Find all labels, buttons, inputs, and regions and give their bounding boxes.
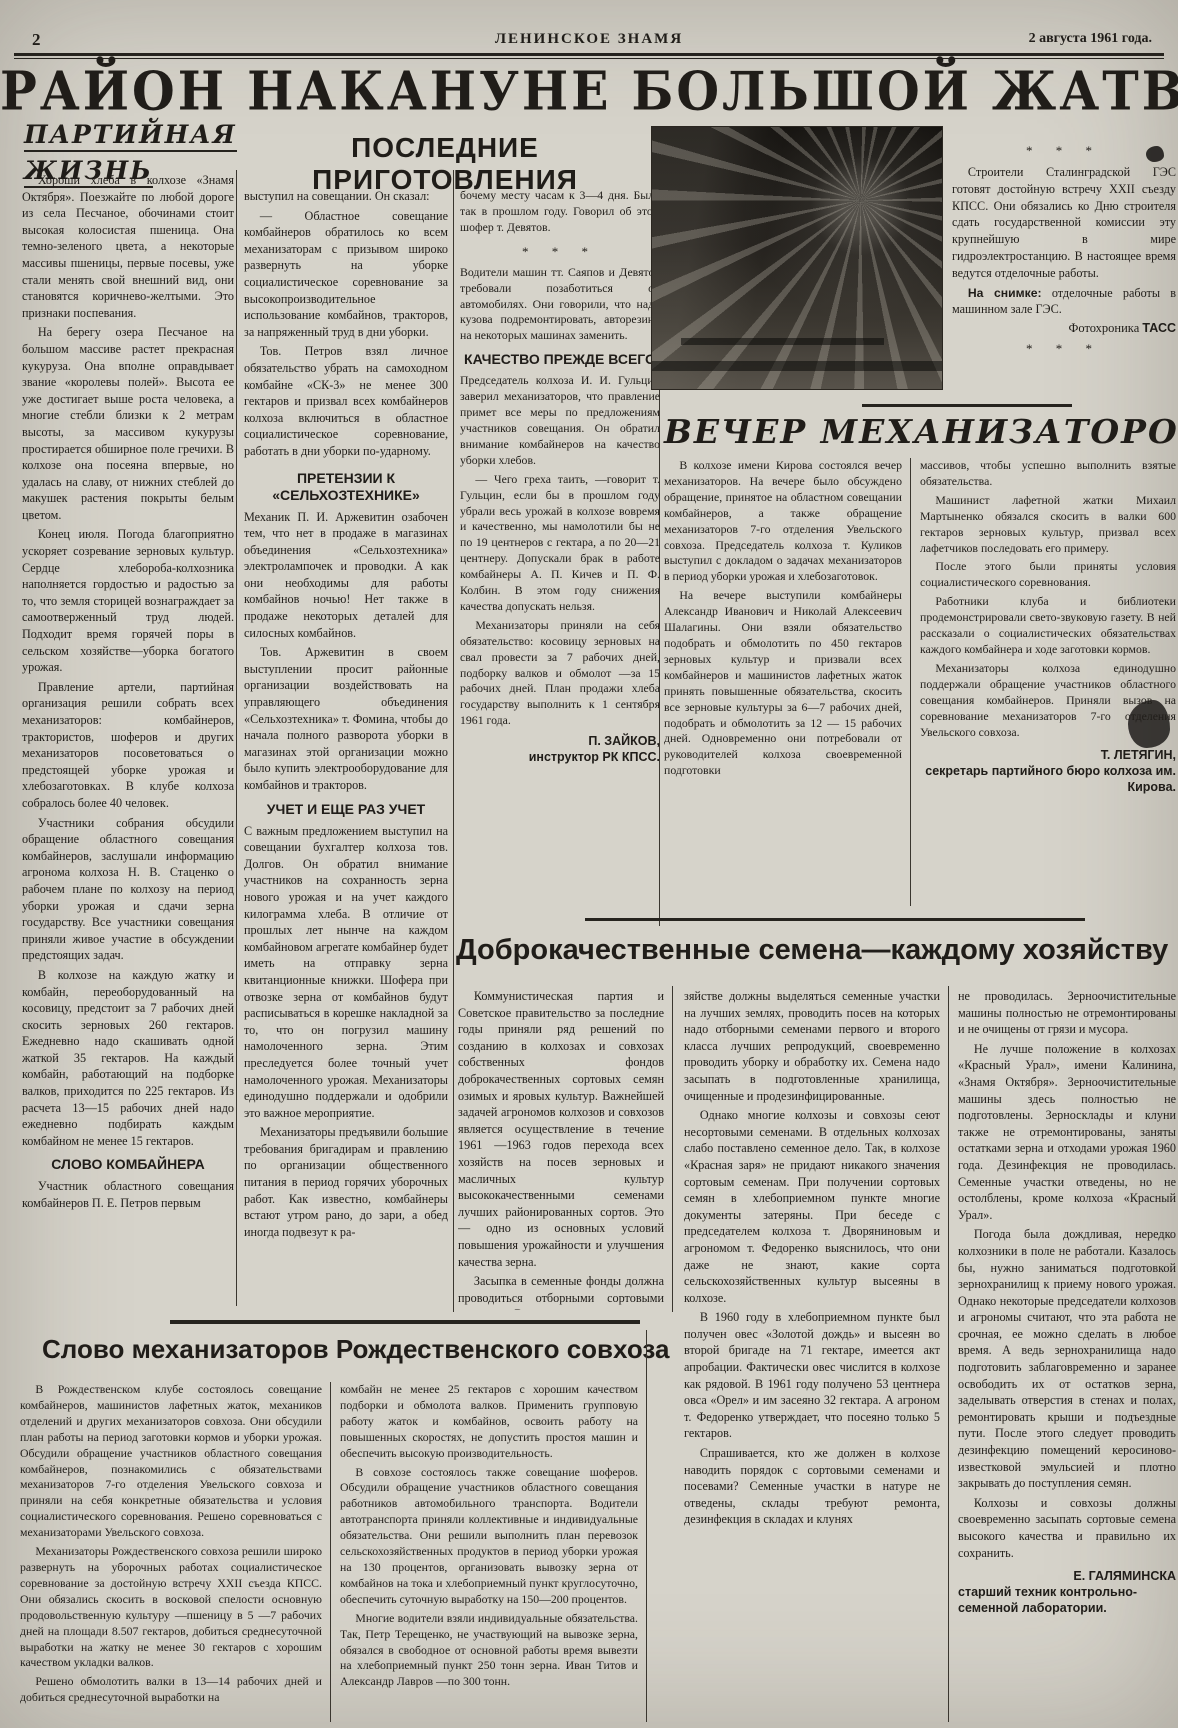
vecher-signature: Т. ЛЕТЯГИН, секретарь партийного бюро ко…	[920, 747, 1176, 795]
paragraph: Тов. Аржевитин в своем выступлении проси…	[244, 644, 448, 793]
semena-col1-paragraphs: Коммунистическая партия и Советское прав…	[458, 988, 664, 1310]
vecher-col1-paragraphs: В колхозе имени Кирова состоялся вечер м…	[664, 458, 902, 779]
article1-column-3: бочему месту часам к 3—4 дня. Было так в…	[460, 188, 660, 930]
paragraph: Участники собрания обсудили обращение об…	[22, 815, 234, 964]
semena-column-2: зяйстве должны выделяться семенные участ…	[684, 988, 940, 1724]
article1-subhead-slovo-kombainera: СЛОВО КОМБАЙНЕРА	[22, 1156, 234, 1173]
signature-role: инструктор РК КПСС.	[460, 749, 660, 765]
paragraph: Работники клуба и библиотеки продемонстр…	[920, 594, 1176, 658]
paragraph: Засыпка в семенные фонды должна проводит…	[458, 1273, 664, 1310]
article1-signature: П. ЗАЙКОВ, инструктор РК КПСС.	[460, 733, 660, 765]
paragraph: После этого были приняты условия социали…	[920, 559, 1176, 591]
paragraph: Конец июля. Погода благоприятно ускоряет…	[22, 526, 234, 675]
paragraph: Механизаторы приняли на себя обязательст…	[460, 618, 660, 729]
photo-machinery-detail	[652, 361, 942, 371]
paragraph: Спрашивается, кто же должен в колхозе на…	[684, 1445, 940, 1528]
paragraph: Машинист лафетной жатки Михаил Мартыненк…	[920, 493, 1176, 557]
column-rule	[672, 986, 673, 1312]
semena-col3-paragraphs: не проводилась. Зерноочистительные машин…	[958, 988, 1176, 1564]
article1-subhead-kachestvo: КАЧЕСТВО ПРЕЖДЕ ВСЕГО	[460, 351, 660, 368]
slovo-title: Слово механизаторов Рождественского совх…	[42, 1334, 642, 1365]
signature-name: Т. ЛЕТЯГИН,	[920, 747, 1176, 763]
paragraph: На вечере выступили комбайнеры Александр…	[664, 588, 902, 779]
paragraph: Механизаторы Рождественского совхоза реш…	[20, 1544, 322, 1671]
article1-col3b-paragraphs: Водители машин тт. Саяпов и Девятов треб…	[460, 265, 660, 345]
photo-caption-column: * * * Строители Сталинградской ГЭС готов…	[952, 138, 1176, 362]
article1-col2c-paragraphs: С важным предложением выступил на совеща…	[244, 823, 448, 1241]
stars-separator: * * *	[952, 341, 1176, 357]
article1-column-1: Хороши хлеба в колхозе «Знамя Октября». …	[22, 172, 234, 1304]
article1-title: ПОСЛЕДНИЕ ПРИГОТОВЛЕНИЯ	[238, 132, 652, 196]
semena-col2-paragraphs: зяйстве должны выделяться семенные участ…	[684, 988, 940, 1531]
paragraph: комбайн не менее 25 гектаров с хорошим к…	[340, 1382, 638, 1462]
slovo-col2-paragraphs: комбайн не менее 25 гектаров с хорошим к…	[340, 1382, 638, 1693]
paragraph: Председатель колхоза И. И. Гульцин завер…	[460, 373, 660, 468]
dateline: 2 августа 1961 года.	[852, 31, 1152, 47]
paragraph: Правление артели, партийная организация …	[22, 679, 234, 812]
paragraph: Механик П. И. Аржевитин озабочен тем, чт…	[244, 509, 448, 642]
paragraph: Решено обмолотить валки в 13—14 рабочих …	[20, 1674, 322, 1706]
section-rule	[170, 1320, 640, 1324]
paragraph: зяйстве должны выделяться семенные участ…	[684, 988, 940, 1104]
paragraph: массивов, чтобы успешно выполнить взятые…	[920, 458, 1176, 490]
credit-prefix: Фотохроника	[1068, 321, 1142, 335]
paragraph: выступил на совещании. Он сказал:	[244, 188, 448, 205]
column-rule	[948, 986, 949, 1722]
paragraph: Многие водители взяли индивидуальные обя…	[340, 1611, 638, 1691]
signature-role: секретарь партийного бюро колхоза им. Ки…	[920, 763, 1176, 795]
vecher-col2-paragraphs: массивов, чтобы успешно выполнить взятые…	[920, 458, 1176, 743]
article1-subhead-pretenzii: ПРЕТЕНЗИИ К «СЕЛЬХОЗТЕХНИКЕ»	[244, 470, 448, 504]
on-photo-label: На снимке:	[968, 286, 1042, 300]
paragraph: В Рождественском клубе состоялось совеща…	[20, 1382, 322, 1541]
header-rule-thick	[14, 53, 1164, 56]
paragraph: Строители Сталинградской ГЭС готовят дос…	[952, 164, 1176, 282]
vecher-column-1: В колхозе имени Кирова состоялся вечер м…	[664, 458, 902, 924]
article1-col1-paragraphs: Хороши хлеба в колхозе «Знамя Октября». …	[22, 172, 234, 1149]
photo-credit: Фотохроника ТАСС	[952, 321, 1176, 336]
paragraph: Коммунистическая партия и Советское прав…	[458, 988, 664, 1270]
paragraph: не проводилась. Зерноочистительные машин…	[958, 988, 1176, 1038]
paragraph: В колхозе на каждую жатку и комбайн, пер…	[22, 967, 234, 1150]
paragraph: В 1960 году в хлебоприемном пункте был п…	[684, 1309, 940, 1442]
article1-col2-paragraphs: выступил на совещании. Он сказал:— Облас…	[244, 188, 448, 463]
paragraph: — Областное совещание комбайнеров обрати…	[244, 208, 448, 341]
stars-separator: * * *	[460, 244, 660, 260]
paragraph: Водители машин тт. Саяпов и Девятов треб…	[460, 265, 660, 345]
article1-col2b-paragraphs: Механик П. И. Аржевитин озабочен тем, чт…	[244, 509, 448, 794]
column-rule	[453, 170, 454, 1312]
signature-name: П. ЗАЙКОВ,	[460, 733, 660, 749]
column-rule	[910, 458, 911, 906]
paragraph: В колхозе имени Кирова состоялся вечер м…	[664, 458, 902, 585]
newspaper-page: 2 ЛЕНИНСКОЕ ЗНАМЯ 2 августа 1961 года. Р…	[0, 0, 1178, 1728]
rubric-line1: ПАРТИЙНАЯ	[24, 120, 237, 152]
paragraph: — Чего греха таить, —говорит т. Гульцин,…	[460, 472, 660, 615]
paragraph: Механизаторы предъявили большие требован…	[244, 1124, 448, 1240]
section-rule	[862, 404, 1072, 407]
vecher-column-2: массивов, чтобы успешно выполнить взятые…	[920, 458, 1176, 924]
semena-title: Доброкачественные семена—каждому хозяйст…	[456, 934, 1178, 967]
paragraph: Однако многие колхозы и совхозы сеют нес…	[684, 1107, 940, 1306]
paragraph: Участник областного совещания комбайнеро…	[22, 1178, 234, 1211]
photo-caption-paragraphs: Строители Сталинградской ГЭС готовят дос…	[952, 164, 1176, 282]
photo-on-photo-line: На снимке: отделочные работы в машинном …	[952, 285, 1176, 319]
article1-col1-tail: Участник областного совещания комбайнеро…	[22, 1178, 234, 1211]
vecher-title: ВЕЧЕР МЕХАНИЗАТОРОВ	[664, 412, 1178, 451]
paragraph: Механизаторы колхоза единодушно поддержа…	[920, 661, 1176, 741]
ink-smudge	[1146, 146, 1164, 162]
paragraph: Хороши хлеба в колхозе «Знамя Октября». …	[22, 172, 234, 321]
article1-subhead-uchet: УЧЕТ И ЕЩЕ РАЗ УЧЕТ	[244, 801, 448, 818]
article1-col3c-paragraphs: Председатель колхоза И. И. Гульцин завер…	[460, 373, 660, 729]
paragraph: Погода была дождливая, нередко колхозник…	[958, 1226, 1176, 1492]
article1-col3-paragraphs: бочему месту часам к 3—4 дня. Было так в…	[460, 188, 660, 239]
paragraph: С важным предложением выступил на совеща…	[244, 823, 448, 1122]
slovo-column-2: комбайн не менее 25 гектаров с хорошим к…	[340, 1382, 638, 1722]
semena-signature: Е. ГАЛЯМИНСКА старший техник контрольно-…	[958, 1568, 1176, 1616]
signature-role: старший техник контрольно-семенной лабор…	[958, 1584, 1176, 1616]
paragraph: В совхозе состоялось также совещание шоф…	[340, 1465, 638, 1608]
column-rule	[646, 1330, 647, 1722]
column-rule	[330, 1382, 331, 1722]
stars-separator: * * *	[952, 143, 1176, 159]
paragraph: Тов. Петров взял личное обязательство уб…	[244, 343, 448, 459]
paragraph: Колхозы и совхозы должны своевременно за…	[958, 1495, 1176, 1561]
semena-column-3: не проводилась. Зерноочистительные машин…	[958, 988, 1176, 1724]
paragraph: бочему месту часам к 3—4 дня. Было так в…	[460, 188, 660, 236]
banner-headline: РАЙОН НАКАНУНЕ БОЛЬШОЙ ЖАТВЫ	[0, 60, 1178, 123]
paragraph: На берегу озера Песчаное на большом масс…	[22, 324, 234, 523]
signature-name: Е. ГАЛЯМИНСКА	[958, 1568, 1176, 1584]
column-rule	[236, 170, 237, 1306]
paragraph: Не лучше положение в колхозах «Красный У…	[958, 1041, 1176, 1224]
slovo-column-1: В Рождественском клубе состоялось совеща…	[20, 1382, 322, 1722]
credit-agency: ТАСС	[1142, 321, 1176, 335]
semena-column-1: Коммунистическая партия и Советское прав…	[458, 988, 664, 1310]
photo-machinery-detail	[681, 338, 884, 345]
section-rule	[585, 918, 1085, 921]
photo-stalingrad-ges-turbine-hall	[652, 127, 942, 389]
article1-column-2: выступил на совещании. Он сказал:— Облас…	[244, 188, 448, 1304]
slovo-col1-paragraphs: В Рождественском клубе состоялось совеща…	[20, 1382, 322, 1706]
